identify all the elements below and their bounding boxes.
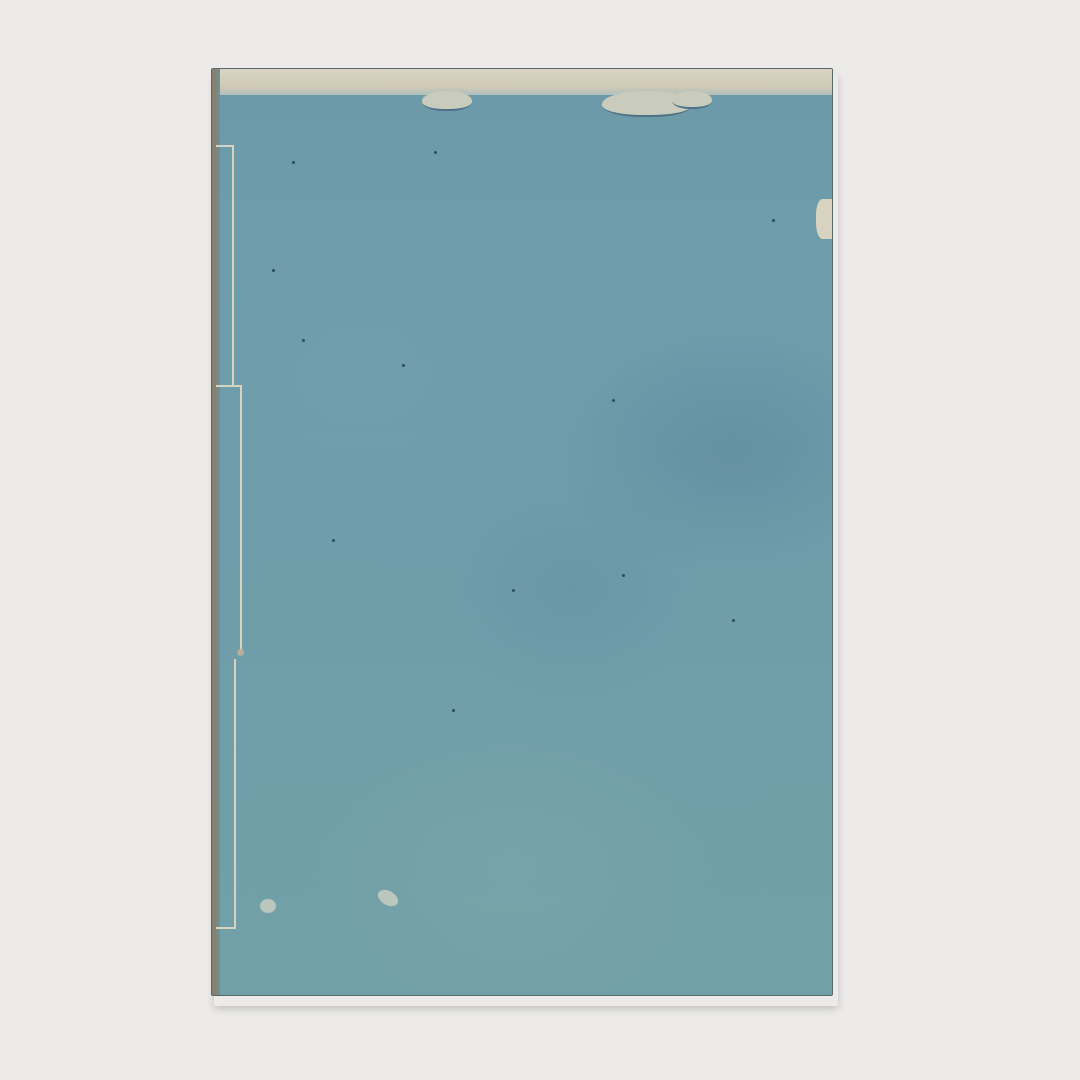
speck (302, 339, 305, 342)
speck (434, 151, 437, 154)
binding-thread (216, 385, 242, 387)
water-stain (672, 91, 712, 109)
speck (272, 269, 275, 272)
speck (292, 161, 295, 164)
binding-knot (237, 649, 244, 656)
speck (772, 219, 775, 222)
water-stain (422, 91, 472, 111)
worn-spot (260, 899, 276, 913)
speck (332, 539, 335, 542)
speck (732, 619, 735, 622)
book-cover (211, 68, 833, 996)
speck (512, 589, 515, 592)
binding-thread (232, 145, 234, 385)
binding-thread (216, 927, 236, 929)
speck (402, 364, 405, 367)
speck (612, 399, 615, 402)
binding-thread (234, 659, 236, 929)
speck (452, 709, 455, 712)
faded-top-edge (212, 69, 832, 95)
binding-thread (240, 385, 242, 653)
spine-edge (212, 69, 220, 995)
speck (622, 574, 625, 577)
worn-spot (375, 886, 401, 909)
torn-edge (816, 199, 832, 239)
